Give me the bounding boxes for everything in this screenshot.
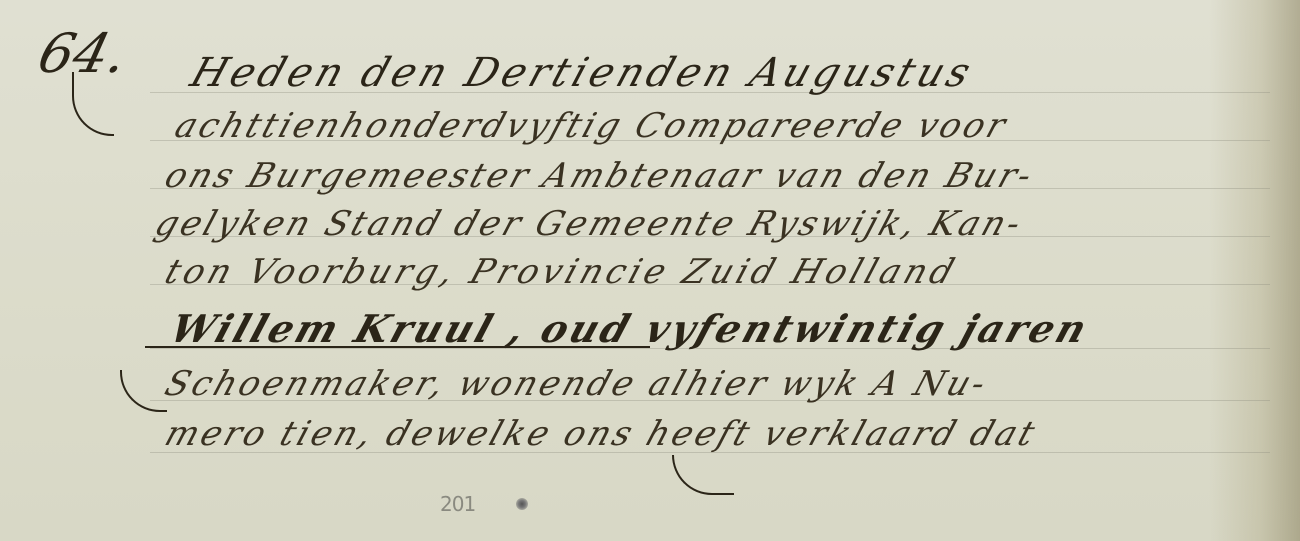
text-line-6-name: Willem Kruul , oud vyfentwintig jaren <box>165 306 1095 351</box>
text-line-5: ton Voorburg, Provincie Zuid Holland <box>160 252 963 292</box>
text-line-8: mero tien, dewelke ons heeft verklaard d… <box>160 414 1043 454</box>
descender-flourish <box>672 455 734 495</box>
text-line-4: gelyken Stand der Gemeente Ryswijk, Kan- <box>150 204 1029 244</box>
ink-spot <box>516 498 528 510</box>
page-number: 201 <box>440 492 475 516</box>
document-page: 64. Heden den Dertienden Augustus achtti… <box>0 0 1300 541</box>
text-line-7: Schoenmaker, wonende alhier wyk A Nu- <box>160 364 994 404</box>
text-line-1: Heden den Dertienden Augustus <box>185 50 980 96</box>
name-underline <box>145 346 650 348</box>
descender-flourish <box>120 370 167 412</box>
text-line-2: achttienhonderdvyftig Compareerde voor <box>170 106 1013 146</box>
text-line-3: ons Burgemeester Ambtenaar van den Bur- <box>160 156 1040 196</box>
margin-bracket-flourish <box>72 72 114 136</box>
